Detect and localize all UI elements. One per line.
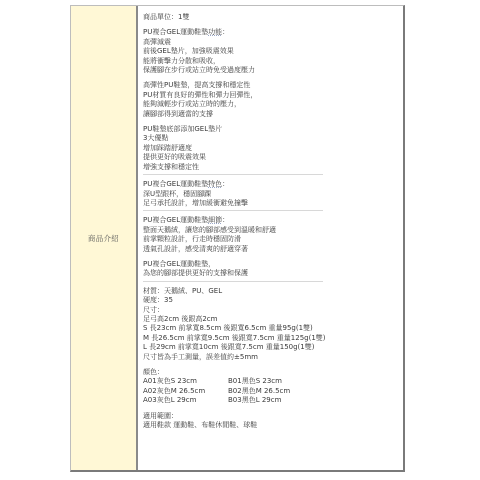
features-title-suffix: ： — [222, 28, 229, 36]
gel-pad-line: 3大優點 — [143, 134, 403, 143]
section-label: 商品介紹 — [88, 233, 119, 244]
color-option: B03黑色L 29cm — [228, 396, 318, 405]
gel-pad-block: PU鞋墊底部添加GEL墊片 3大優點 增加踩踏舒適度 提供更好的吸震效果 增強支… — [143, 125, 403, 172]
colors-title: 顏色： — [143, 368, 403, 377]
specs-line: 足弓高2cm 後跟高2cm — [143, 315, 403, 324]
details-line: 前掌顆粒設計，行走時穩固防滑 — [143, 235, 403, 244]
details-block: PU複合GEL運動鞋墊細節： 整面天鵝絨，讓您的腳部感受到溫暖和舒適 前掌顆粒設… — [143, 216, 403, 254]
elasticity-line: 讓腳部得到適當的支撐 — [143, 110, 403, 119]
features-title-prefix: PU複合GEL運動鞋墊 — [143, 28, 208, 36]
details-title-suffix: ： — [222, 216, 229, 224]
usage-block: 適用範圍： 適用鞋款 運動鞋、布鞋休閒鞋、球鞋 — [143, 412, 403, 431]
summary-block: PU複合GEL運動鞋墊， 為您的腳部提供更好的支撐和保護 — [143, 260, 403, 279]
features-line: 高彈減震 — [143, 38, 403, 47]
characteristics-line: 足弓承托設計，增加緩衝避免撞擊 — [143, 199, 403, 208]
features-link[interactable]: 功能 — [208, 28, 222, 36]
color-option: B02黑色M 26.5cm — [228, 387, 318, 396]
details-line: 整面天鵝絨，讓您的腳部感受到溫暖和舒適 — [143, 226, 403, 235]
content-cell: 商品單位：1雙 PU複合GEL運動鞋墊功能： 高彈減震 前後GEL墊片，加強吸震… — [138, 6, 403, 470]
summary-line: 為您的腳部提供更好的支撐和保護 — [143, 269, 403, 278]
usage-text: 適用鞋款 運動鞋、布鞋休閒鞋、球鞋 — [143, 421, 403, 430]
features-block: PU複合GEL運動鞋墊功能： 高彈減震 前後GEL墊片，加強吸震效果 能將衝擊力… — [143, 28, 403, 75]
characteristics-block: PU複合GEL運動鞋墊特色： 深U型跟杯，穩固腳踝 足弓承托設計，增加緩衝避免撞… — [143, 180, 403, 208]
gel-pad-line: 增加踩踏舒適度 — [143, 144, 403, 153]
divider — [143, 210, 323, 211]
elasticity-block: 高彈性PU鞋墊，提高支撐和穩定性 PU材質有良好的彈性和彈力回彈性， 能夠減輕步… — [143, 81, 403, 119]
specs-line: 材質：天鵝絨、PU、GEL — [143, 287, 403, 296]
features-line: 保護腳在步行或站立時免受過度壓力 — [143, 66, 403, 75]
details-title-prefix: PU複合GEL運動鞋墊 — [143, 216, 208, 224]
specs-line: M 長26.5cm 前掌寬9.5cm 後跟寬7.5cm 重量125g(1雙) — [143, 334, 403, 343]
features-title: PU複合GEL運動鞋墊功能： — [143, 28, 403, 37]
color-option: A03灰色L 29cm — [143, 396, 228, 405]
summary-line: PU複合GEL運動鞋墊， — [143, 260, 403, 269]
specs-line: 尺寸： — [143, 306, 403, 315]
color-option: A01灰色S 23cm — [143, 377, 228, 386]
usage-title: 適用範圍： — [143, 412, 403, 421]
characteristics-title: PU複合GEL運動鞋墊特色： — [143, 180, 403, 189]
characteristics-line: 深U型跟杯，穩固腳踝 — [143, 190, 403, 199]
color-option: A02灰色M 26.5cm — [143, 387, 228, 396]
product-info-table: 商品介紹 商品單位：1雙 PU複合GEL運動鞋墊功能： 高彈減震 前後GEL墊片… — [70, 5, 405, 472]
label-cell: 商品介紹 — [71, 6, 138, 470]
unit-text: 商品單位：1雙 — [143, 13, 403, 22]
details-title: PU複合GEL運動鞋墊細節： — [143, 216, 403, 225]
color-option: B01黑色S 23cm — [228, 377, 318, 386]
elasticity-line: 高彈性PU鞋墊，提高支撐和穩定性 — [143, 81, 403, 90]
colors-block: 顏色： A01灰色S 23cm B01黑色S 23cm A02灰色M 26.5c… — [143, 368, 403, 406]
divider — [143, 281, 323, 282]
details-link[interactable]: 細節 — [208, 216, 222, 224]
gel-pad-line: 增強支撐和穩定性 — [143, 163, 403, 172]
specs-line: L 長29cm 前掌寬10cm 後跟寬7.5cm 重量150g(1雙) — [143, 343, 403, 352]
unit-block: 商品單位：1雙 — [143, 13, 403, 22]
specs-line: 硬度：35 — [143, 296, 403, 305]
specs-block: 材質：天鵝絨、PU、GEL 硬度：35 尺寸： 足弓高2cm 後跟高2cm S … — [143, 287, 403, 362]
elasticity-line: 能夠減輕步行或站立時的壓力， — [143, 100, 403, 109]
gel-pad-line: PU鞋墊底部添加GEL墊片 — [143, 125, 403, 134]
specs-line: 尺寸皆為手工測量，誤差值約±5mm — [143, 353, 403, 362]
characteristics-title-prefix: PU複合GEL運動鞋墊 — [143, 180, 208, 188]
characteristics-link[interactable]: 特色 — [208, 180, 222, 188]
elasticity-line: PU材質有良好的彈性和彈力回彈性， — [143, 91, 403, 100]
details-line: 透氣孔設計，感受清爽的舒適穿著 — [143, 245, 403, 254]
gel-pad-line: 提供更好的吸震效果 — [143, 153, 403, 162]
colors-grid: A01灰色S 23cm B01黑色S 23cm A02灰色M 26.5cm B0… — [143, 377, 403, 405]
characteristics-title-suffix: ： — [222, 180, 229, 188]
features-line: 能將衝擊力分散和吸收， — [143, 57, 403, 66]
divider — [143, 174, 323, 175]
specs-line: S 長23cm 前掌寬8.5cm 後跟寬6.5cm 重量95g(1雙) — [143, 324, 403, 333]
features-line: 前後GEL墊片，加強吸震效果 — [143, 47, 403, 56]
